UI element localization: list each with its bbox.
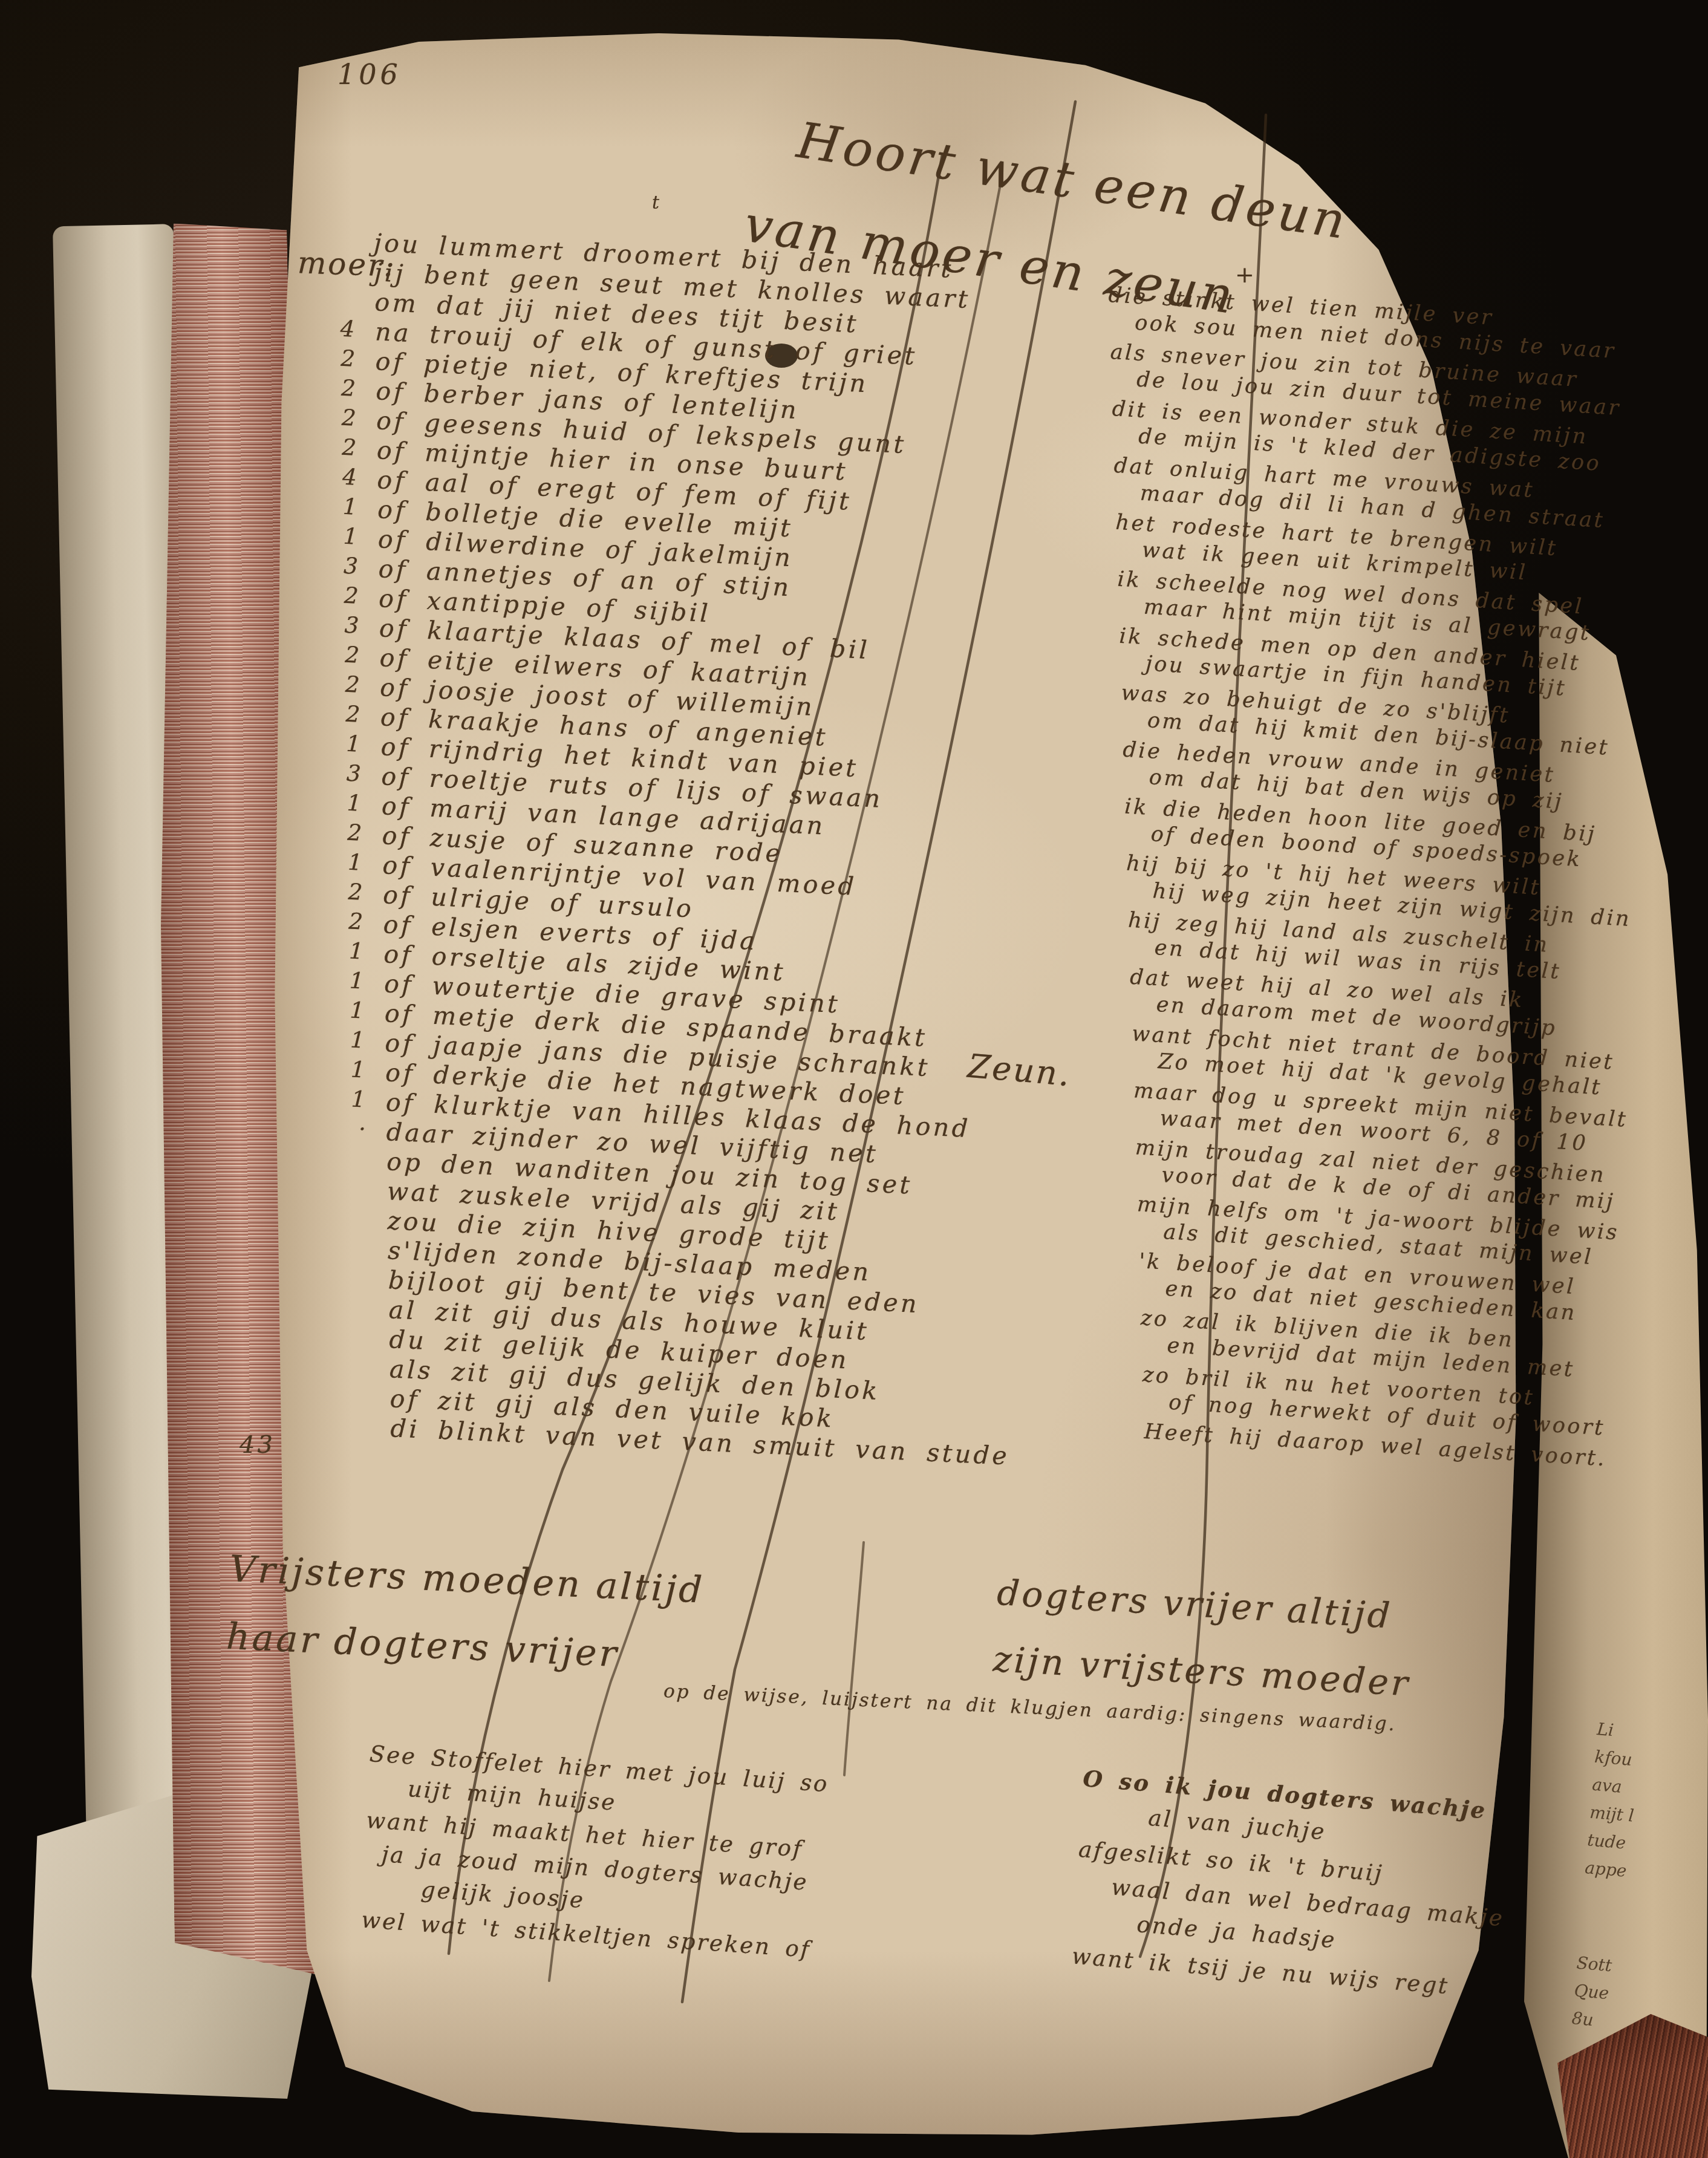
line-tally-number: 2 xyxy=(304,373,377,406)
page-number: 106 xyxy=(337,58,402,91)
next-page-fragment: Li xyxy=(1596,1719,1642,1750)
next-page-fragment: Sott xyxy=(1575,1953,1622,1984)
line-tally-number xyxy=(319,1410,391,1443)
line-tally-number: 2 xyxy=(310,818,383,850)
next-page-fragment: appe xyxy=(1583,1857,1630,1889)
line-tally-number: 1 xyxy=(313,996,385,1028)
line-tally-number: 2 xyxy=(308,640,380,673)
line-tally-number: 3 xyxy=(310,758,382,791)
next-page-fragment: 8u xyxy=(1570,2008,1617,2039)
line-tally-number: 4 xyxy=(303,314,376,347)
line-tally-number xyxy=(318,1322,390,1354)
line-tally-number: 2 xyxy=(308,670,380,702)
line-tally-number xyxy=(316,1233,388,1265)
next-page-fragment: tude xyxy=(1586,1830,1632,1861)
line-tally-number xyxy=(302,255,375,287)
line-tally-number: 2 xyxy=(304,403,377,435)
line-tally-number xyxy=(316,1262,389,1295)
line-tally-number: 1 xyxy=(312,936,385,969)
reference-mark: t xyxy=(652,192,659,214)
line-tally-number: · xyxy=(315,1114,387,1147)
line-tally-number: 4 xyxy=(305,462,378,495)
line-tally-number: 1 xyxy=(314,1084,386,1117)
line-tally-number: 1 xyxy=(313,1025,386,1058)
line-tally-number xyxy=(317,1292,390,1325)
moer-verse-column: jou lummert droomert bij den haart jij b… xyxy=(302,215,1057,1440)
next-page-fragment: mijt l xyxy=(1588,1802,1635,1833)
line-tally-number: 1 xyxy=(309,729,382,761)
line-tally-number xyxy=(303,284,376,317)
line-tally-number: 1 xyxy=(311,847,383,880)
line-tally-number: 2 xyxy=(311,907,384,939)
line-tally-number: 3 xyxy=(307,551,379,584)
line-tally-number xyxy=(318,1381,391,1413)
tally-total: 43 xyxy=(240,1431,275,1459)
footer-left-heading: Vrijsters moeden altijd haar dogters vri… xyxy=(225,1535,706,1692)
right-verse-column: die stinkt wel tien mijle verook sou men… xyxy=(1108,267,1664,1448)
line-tally-number: 1 xyxy=(306,521,379,554)
line-tally-number: 2 xyxy=(304,344,376,376)
line-tally-number: 2 xyxy=(311,877,383,910)
manuscript-photo: 106 Hoort wat een deun van moer en zeun … xyxy=(0,0,1708,2158)
line-tally-number: 1 xyxy=(305,492,378,524)
line-tally-number: 2 xyxy=(308,699,381,732)
line-tally-number: 2 xyxy=(305,432,377,465)
line-tally-number xyxy=(316,1203,388,1236)
footer-right-heading: dogters vrijer altijd zijn vrijsters moe… xyxy=(991,1559,1416,1717)
line-tally-number xyxy=(315,1173,388,1206)
line-tally-number: 1 xyxy=(313,1055,386,1087)
line-tally-number: 1 xyxy=(310,788,382,821)
next-page-fragment: Que xyxy=(1573,1980,1619,2012)
line-tally-number xyxy=(318,1351,390,1384)
line-tally-number xyxy=(302,225,374,258)
next-page-fragment: ava xyxy=(1591,1775,1637,1806)
next-page-fragment: kfou xyxy=(1593,1747,1640,1778)
footer-right-stanza: O so ik jou dogters wachjeal van juchjea… xyxy=(1071,1765,1512,2006)
line-tally-number xyxy=(315,1144,387,1176)
line-tally-number: 2 xyxy=(307,581,379,613)
line-tally-number: 1 xyxy=(312,966,385,999)
line-tally-number: 3 xyxy=(307,610,380,643)
footer-left-stanza: See Stoffelet hier met jou luij souijt m… xyxy=(360,1741,830,1963)
